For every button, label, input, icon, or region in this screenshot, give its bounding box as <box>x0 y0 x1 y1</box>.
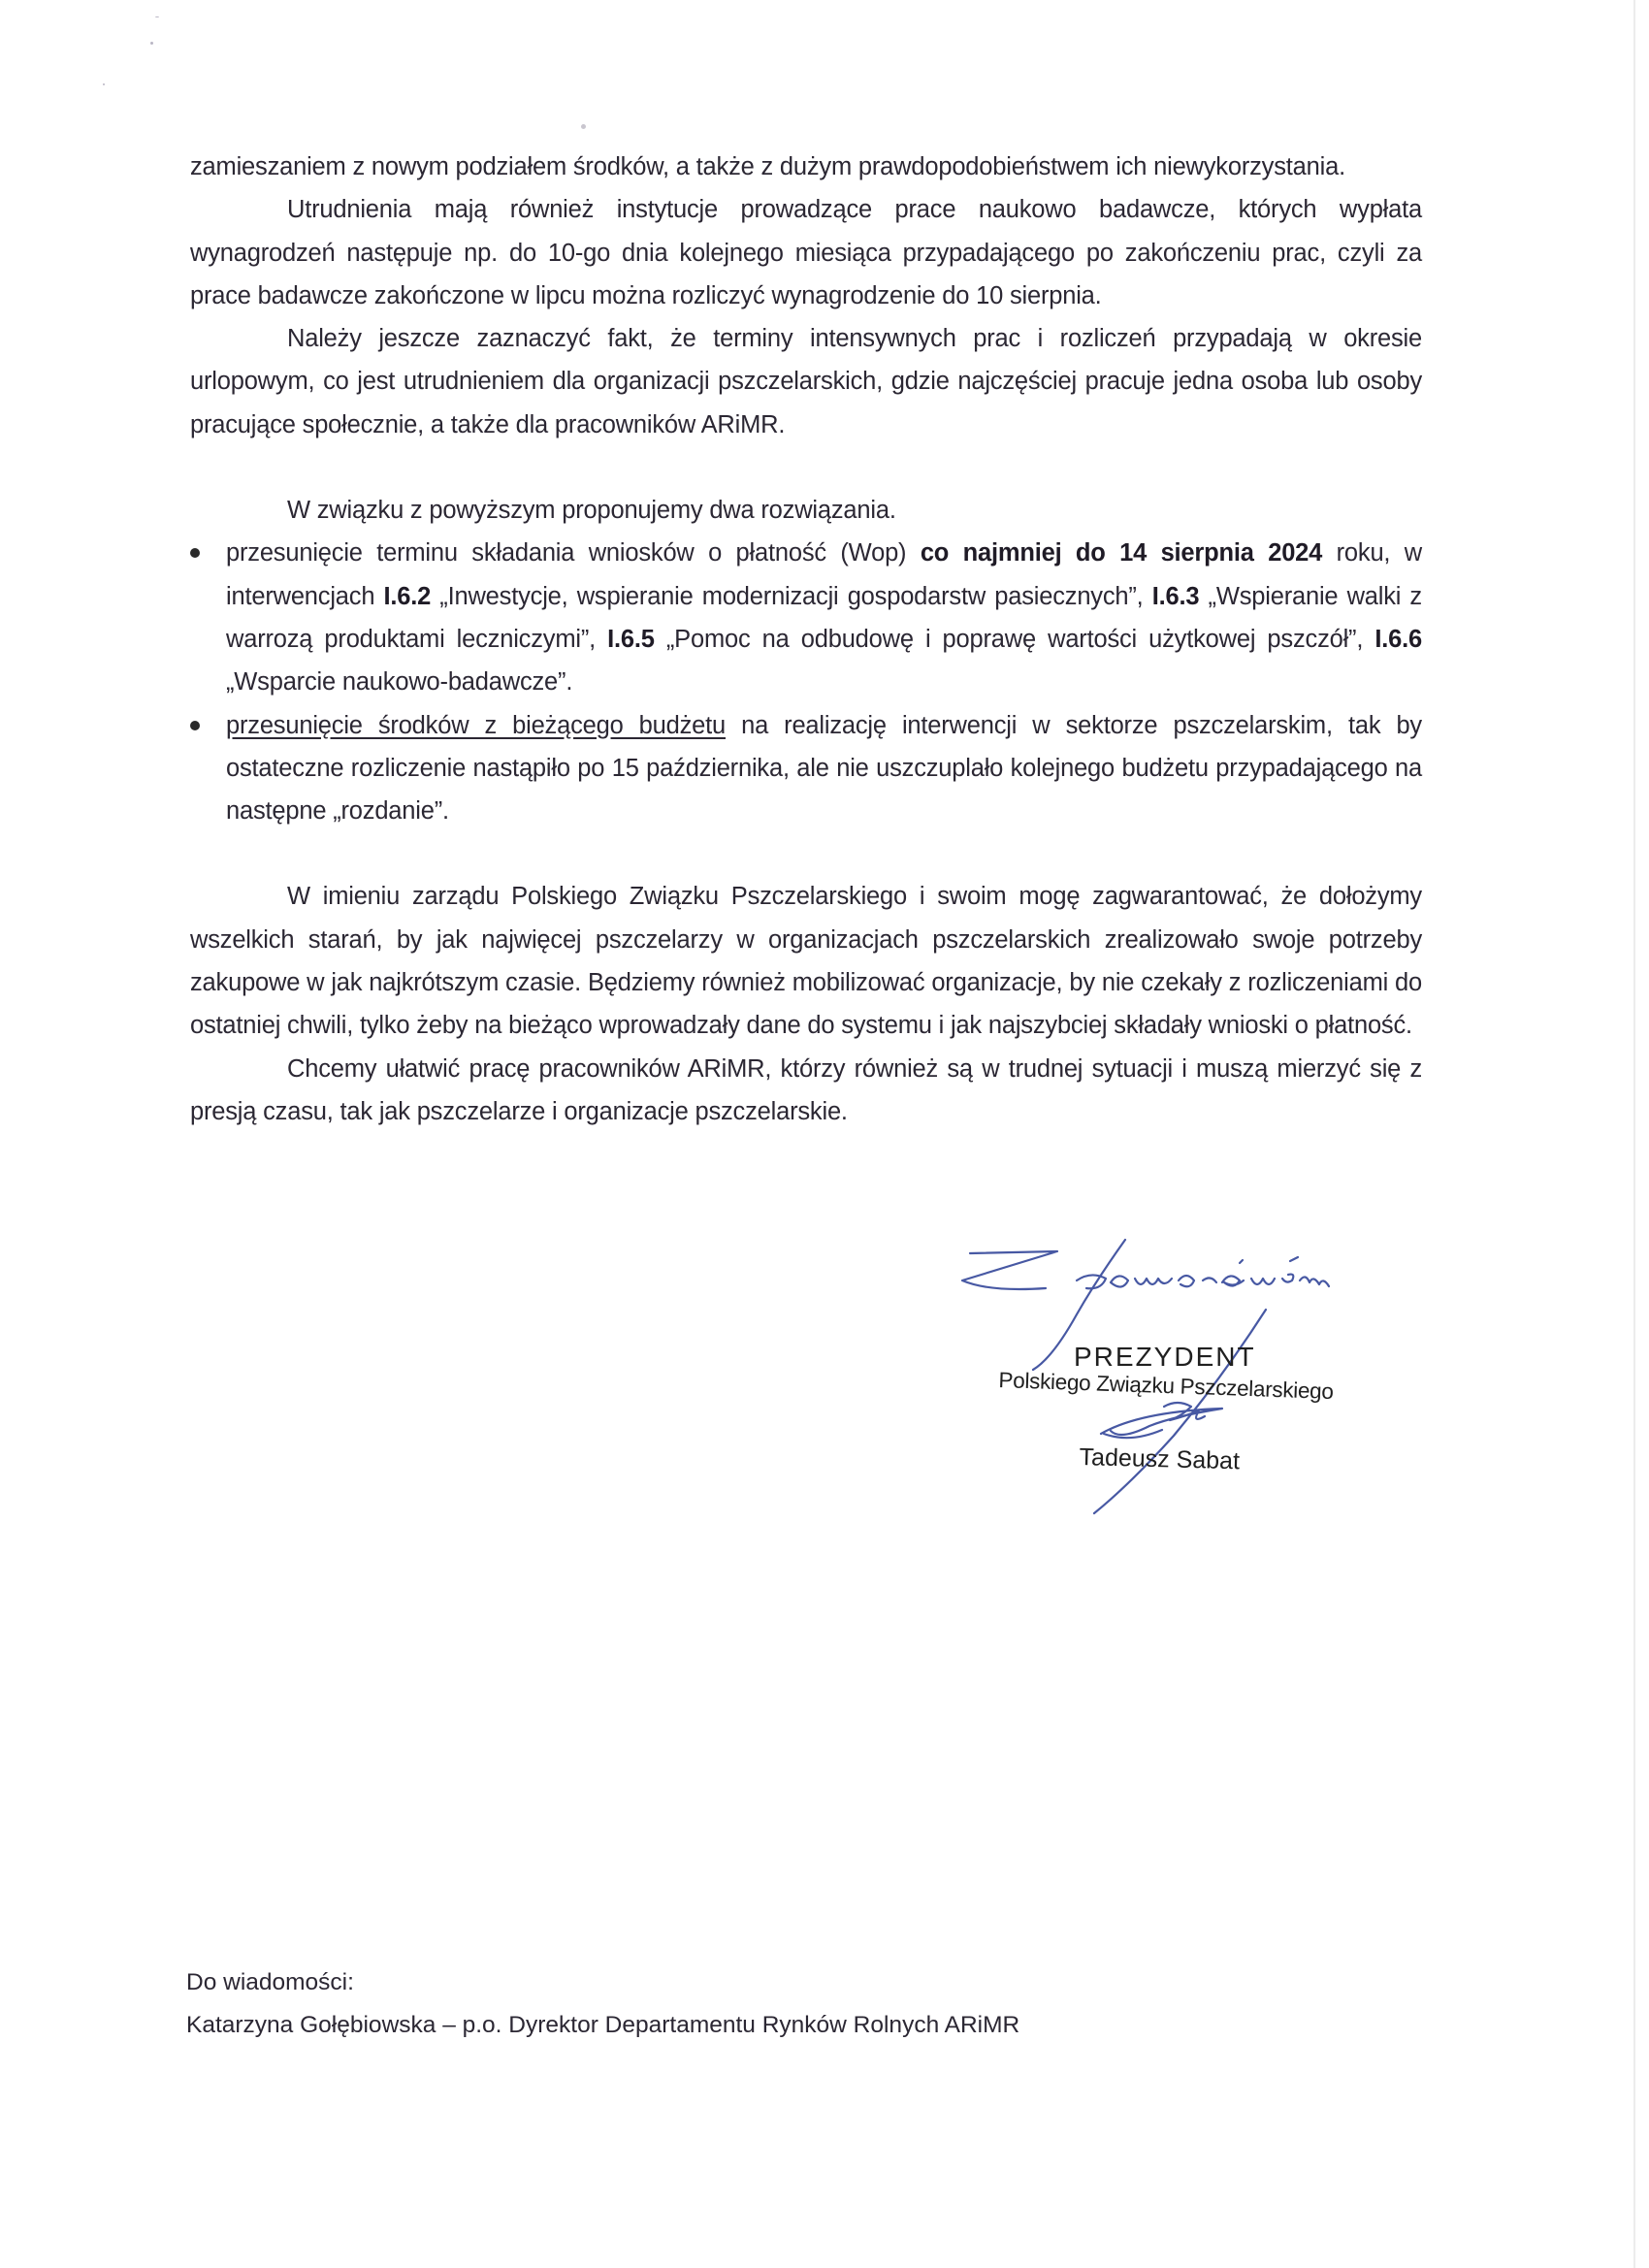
underlined-phrase: przesunięcie środków z bieżącego budżetu <box>226 712 726 739</box>
cc-label: Do wiadomości: <box>186 1961 1019 2004</box>
proposal-item-deadline-extension: przesunięcie terminu składania wniosków … <box>190 532 1422 703</box>
paragraph-commitment: W imieniu zarządu Polskiego Związku Pszc… <box>190 875 1422 1047</box>
signature-block: PREZYDENT Polskiego Związku Pszczelarski… <box>931 1222 1436 1542</box>
bold-deadline: co najmniej do 14 sierpnia 2024 <box>921 539 1322 567</box>
bold-intervention-code: I.6.2 <box>384 583 432 610</box>
bold-intervention-code: I.6.6 <box>1374 626 1422 653</box>
paragraph-continuation: zamieszaniem z nowym podziałem środków, … <box>190 146 1422 188</box>
scanned-letter-page: zamieszaniem z nowym podziałem środków, … <box>0 0 1649 2268</box>
proposal-item-budget-shift: przesunięcie środków z bieżącego budżetu… <box>190 704 1422 833</box>
paragraph-closing: Chcemy ułatwić pracę pracowników ARiMR, … <box>190 1048 1422 1134</box>
bullet-icon <box>190 721 200 730</box>
cc-block: Do wiadomości: Katarzyna Gołębiowska – p… <box>186 1961 1019 2047</box>
stamp-name: Tadeusz Sabat <box>1079 1443 1240 1475</box>
scan-speck <box>150 42 153 45</box>
bullet-icon <box>190 548 200 558</box>
scan-speck <box>155 16 159 17</box>
scan-edge-line <box>1633 0 1635 2268</box>
letter-body: zamieszaniem z nowym podziałem środków, … <box>190 146 1422 1133</box>
bold-intervention-code: I.6.3 <box>1152 583 1200 610</box>
paragraph-research-institutions: Utrudnienia mają również instytucje prow… <box>190 188 1422 317</box>
spacer <box>190 446 1422 489</box>
bold-intervention-code: I.6.5 <box>607 626 655 653</box>
paragraph-holiday-period: Należy jeszcze zaznaczyć fakt, że termin… <box>190 317 1422 446</box>
paragraph-proposals-intro: W związku z powyższym proponujemy dwa ro… <box>190 489 1422 532</box>
stamp-title: PREZYDENT <box>1074 1342 1256 1373</box>
cc-recipient: Katarzyna Gołębiowska – p.o. Dyrektor De… <box>186 2004 1019 2047</box>
scan-speck <box>581 124 586 129</box>
spacer <box>190 832 1422 875</box>
scan-speck <box>103 83 105 85</box>
proposal-list: przesunięcie terminu składania wniosków … <box>190 532 1422 832</box>
